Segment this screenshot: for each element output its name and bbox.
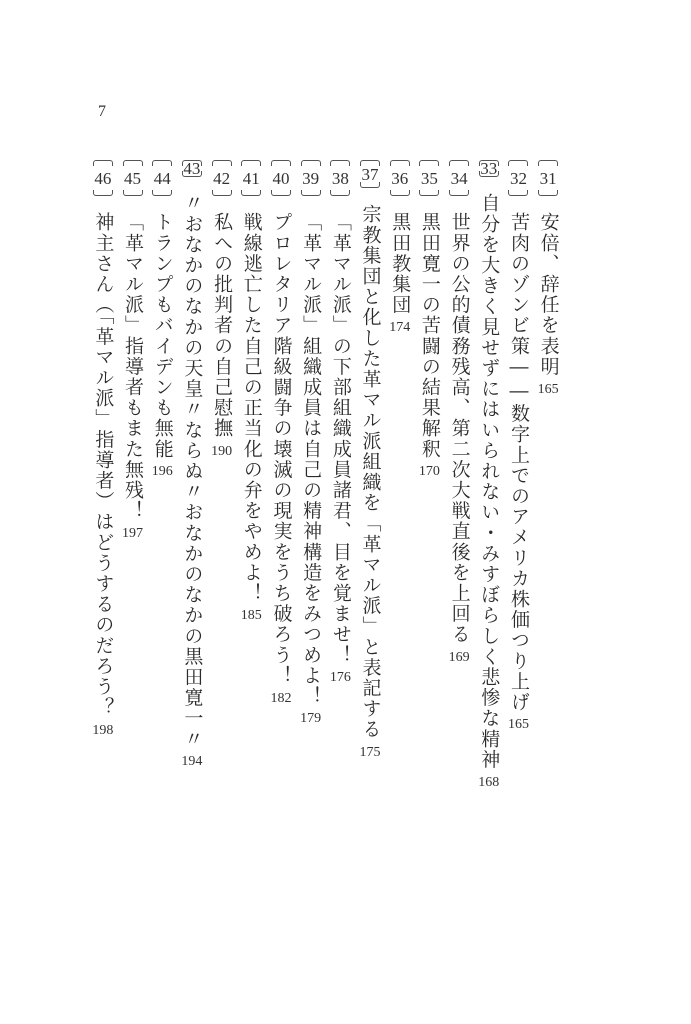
toc-entry: 46 神主さん（「革マル派」指導者）はどうするのだろう？ 198	[88, 160, 118, 760]
entry-number: 46	[90, 160, 116, 196]
entry-number: 35	[416, 160, 442, 196]
entry-number: 40	[268, 160, 294, 196]
entry-number: 44	[149, 160, 175, 196]
entry-title: 「革マル派」組織成員は自己の精神構造をみつめよ！	[300, 212, 322, 706]
entry-page-number: 170	[419, 465, 440, 479]
entry-page-number: 190	[211, 445, 232, 459]
entry-title: 私への批判者の自己慰撫	[211, 212, 233, 439]
entry-number: 31	[535, 160, 561, 196]
entry-page-number: 185	[241, 609, 262, 623]
toc-entry: 34 世界の公的債務残高、第二次大戦直後を上回る 169	[444, 160, 474, 760]
entry-page-number: 165	[508, 718, 529, 732]
toc-entry: 43 〃おなかのなかの天皇〃ならぬ〃おなかのなかの黒田寛一〃 194	[177, 160, 207, 760]
entry-page-number: 182	[270, 692, 291, 706]
toc-entry: 32 苦肉のゾンビ策――数字上でのアメリカ株価つり上げ 165	[504, 160, 534, 760]
entry-title: 安倍、辞任を表明	[538, 212, 560, 377]
entry-title: トランプもバイデンも無能	[152, 212, 174, 459]
entry-page-number: 165	[538, 383, 559, 397]
entry-number: 33	[476, 160, 502, 177]
entry-title: 〃おなかのなかの天皇〃ならぬ〃おなかのなかの黒田寛一〃	[181, 193, 203, 749]
entry-title: 「革マル派」の下部組織成員諸君、目を覚ませ！	[330, 212, 352, 665]
entry-title: プロレタリア階級闘争の壊滅の現実をうち破ろう！	[270, 212, 292, 686]
toc-entry: 40 プロレタリア階級闘争の壊滅の現実をうち破ろう！ 182	[266, 160, 296, 760]
toc-entry: 33 自分を大きく見せずにはいられない・みすぼらしく悲惨な精神 168	[474, 160, 504, 760]
entry-number: 45	[120, 160, 146, 196]
toc-entry: 37 宗教集団と化した革マル派組織を「革マル派」と表記する 175	[355, 160, 385, 760]
entry-title: 苦肉のゾンビ策――数字上でのアメリカ株価つり上げ	[508, 212, 530, 712]
toc-entry: 35 黒田寛一の苦闘の結果解釈 170	[415, 160, 445, 760]
entry-number: 41	[238, 160, 264, 196]
entry-number: 37	[357, 160, 383, 188]
toc-entry: 45 「革マル派」指導者もまた無残！ 197	[118, 160, 148, 760]
entry-page-number: 175	[360, 746, 381, 760]
entry-page-number: 169	[449, 651, 470, 665]
entry-number: 34	[446, 160, 472, 196]
entry-page-number: 176	[330, 671, 351, 685]
entry-title: 世界の公的債務残高、第二次大戦直後を上回る	[449, 212, 471, 645]
entry-page-number: 194	[181, 755, 202, 769]
entry-page-number: 198	[92, 724, 113, 738]
entry-title: 黒田寛一の苦闘の結果解釈	[419, 212, 441, 459]
entry-number: 39	[298, 160, 324, 196]
entry-page-number: 179	[300, 712, 321, 726]
toc-entry: 31 安倍、辞任を表明 165	[533, 160, 563, 760]
toc-entry: 42 私への批判者の自己慰撫 190	[207, 160, 237, 760]
entry-number: 36	[387, 160, 413, 196]
entry-title: 神主さん（「革マル派」指導者）はどうするのだろう？	[92, 212, 114, 718]
toc-entry: 38 「革マル派」の下部組織成員諸君、目を覚ませ！ 176	[326, 160, 356, 760]
entry-title: 「革マル派」指導者もまた無残！	[122, 212, 144, 521]
page-number: 7	[98, 103, 106, 121]
toc-entry: 44 トランプもバイデンも無能 196	[147, 160, 177, 760]
entry-page-number: 196	[152, 465, 173, 479]
entry-title: 自分を大きく見せずにはいられない・みすぼらしく悲惨な精神	[478, 193, 500, 770]
toc-entry: 39 「革マル派」組織成員は自己の精神構造をみつめよ！ 179	[296, 160, 326, 760]
entry-title: 黒田教集団	[389, 212, 411, 315]
entry-number: 43	[179, 160, 205, 177]
entry-title: 宗教集団と化した革マル派組織を「革マル派」と表記する	[360, 204, 382, 740]
toc-entry: 36 黒田教集団 174	[385, 160, 415, 760]
entry-number: 38	[327, 160, 353, 196]
entry-number: 42	[209, 160, 235, 196]
entry-page-number: 168	[478, 776, 499, 790]
toc-entry: 41 戦線逃亡した自己の正当化の弁をやめよ！ 185	[236, 160, 266, 760]
entry-title: 戦線逃亡した自己の正当化の弁をやめよ！	[241, 212, 263, 603]
entry-page-number: 197	[122, 527, 143, 541]
entry-page-number: 174	[389, 321, 410, 335]
entry-number: 32	[505, 160, 531, 196]
table-of-contents: 31 安倍、辞任を表明 165 32 苦肉のゾンビ策――数字上でのアメリカ株価つ…	[88, 160, 563, 760]
